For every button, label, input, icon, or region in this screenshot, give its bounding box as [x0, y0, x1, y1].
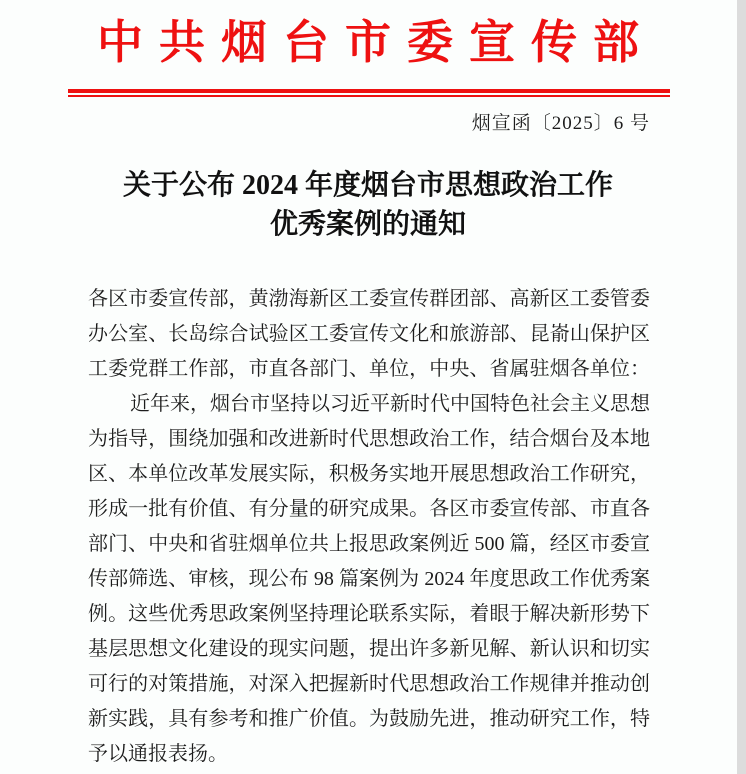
- window-right-edge-strip: [737, 0, 746, 774]
- body-line: 新实践，具有参考和推广价值。为鼓励先进，推动研究工作，特: [88, 702, 650, 737]
- document-body: 各区市委宣传部，黄渤海新区工委宣传群团部、高新区工委管委办公室、长岛综合试验区工…: [88, 282, 650, 772]
- body-line: 办公室、长岛综合试验区工委宣传文化和旅游部、昆嵛山保护区: [88, 317, 650, 352]
- document-reference-number: 烟宣函〔2025〕6 号: [472, 108, 650, 135]
- body-line: 例。这些优秀思政案例坚持理论联系实际，着眼于解决新形势下: [88, 597, 650, 632]
- body-line: 部门、中央和省驻烟单位共上报思政案例近 500 篇，经区市委宣: [88, 527, 650, 562]
- body-line: 形成一批有价值、有分量的研究成果。各区市委宣传部、市直各: [88, 492, 650, 527]
- body-line: 近年来，烟台市坚持以习近平新时代中国特色社会主义思想: [88, 387, 650, 422]
- document-title: 关于公布 2024 年度烟台市思想政治工作 优秀案例的通知: [0, 166, 736, 244]
- body-line: 可行的对策措施，对深入把握新时代思想政治工作规律并推动创: [88, 667, 650, 702]
- body-line: 为指导，围绕加强和改进新时代思想政治工作，结合烟台及本地: [88, 422, 650, 457]
- letterhead-org-name: 中共烟台市委宣传部: [0, 17, 736, 70]
- letterhead-separator-rule: [68, 89, 670, 97]
- body-line: 工委党群工作部，市直各部门、单位，中央、省属驻烟各单位：: [88, 352, 650, 387]
- body-line: 各区市委宣传部，黄渤海新区工委宣传群团部、高新区工委管委: [88, 282, 650, 317]
- document-title-line-2: 优秀案例的通知: [0, 205, 736, 244]
- document-title-line-1: 关于公布 2024 年度烟台市思想政治工作: [0, 166, 736, 205]
- body-line: 区、本单位改革发展实际，积极务实地开展思想政治工作研究，: [88, 457, 650, 492]
- separator-rule-thin-line: [68, 95, 670, 97]
- body-line: 基层思想文化建设的现实问题，提出许多新见解、新认识和切实: [88, 632, 650, 667]
- document-page: 中共烟台市委宣传部 烟宣函〔2025〕6 号 关于公布 2024 年度烟台市思想…: [0, 0, 746, 774]
- body-line: 传部筛选、审核，现公布 98 篇案例为 2024 年度思政工作优秀案: [88, 562, 650, 597]
- body-line: 予以通报表扬。: [88, 737, 650, 772]
